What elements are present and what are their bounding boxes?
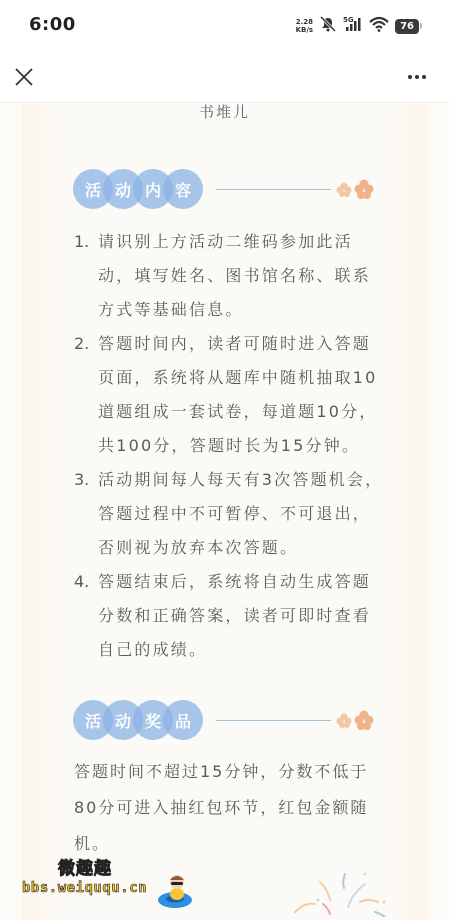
- prize-text: 答题时间不超过15分钟，分数不低于80分可进入抽红包环节，红包金额随机。: [74, 754, 384, 862]
- nav-bar: [0, 55, 449, 103]
- watermark-url: bbs.weiququ.cn: [22, 880, 147, 896]
- border-stripe: [409, 104, 427, 920]
- section-header-prize: 活 动 奖 品: [73, 700, 383, 740]
- watermark-title: 微趣趣: [58, 854, 112, 879]
- more-icon-dot: [408, 75, 412, 79]
- confetti-decoration: [290, 862, 400, 917]
- more-icon-dot: [422, 75, 426, 79]
- swim-ring-figure-icon: [155, 870, 195, 910]
- content-list: 1. 请识别上方活动二维码参加此活动，填写姓名、图书馆名称、联系方式等基础信息。…: [74, 225, 384, 667]
- status-icons: 2.28 KB/s 5G 76: [296, 16, 419, 36]
- divider-line: [216, 720, 331, 721]
- section-header-content: 活 动 内 容: [73, 169, 383, 209]
- list-item: 3. 活动期间每人每天有3次答题机会，答题过程中不可暂停、不可退出，否则视为放弃…: [74, 463, 384, 565]
- title-bubble: 品: [163, 700, 203, 740]
- mute-icon: [319, 16, 337, 36]
- svg-text:5G: 5G: [343, 16, 354, 24]
- list-item: 2. 答题时间内，读者可随时进入答题页面，系统将从题库中随机抽取10道题组成一套…: [74, 327, 384, 463]
- border-stripe: [40, 104, 56, 920]
- close-icon: [12, 65, 36, 89]
- title-bubble: 容: [163, 169, 203, 209]
- net-speed: 2.28 KB/s: [296, 18, 313, 34]
- border-stripe: [393, 104, 409, 920]
- flower-icon: [336, 710, 374, 736]
- flower-icon: [336, 179, 374, 205]
- divider-line: [216, 189, 331, 190]
- more-button[interactable]: [405, 69, 429, 85]
- signal-icon: 5G: [343, 16, 363, 36]
- list-item: 1. 请识别上方活动二维码参加此活动，填写姓名、图书馆名称、联系方式等基础信息。: [74, 225, 384, 327]
- battery-icon: 76: [395, 19, 419, 34]
- border-stripe: [22, 104, 40, 920]
- status-bar: 6:00 2.28 KB/s 5G 76: [0, 0, 449, 55]
- library-name: 书堆儿: [0, 101, 449, 122]
- status-time: 6:00: [29, 14, 76, 35]
- wifi-icon: [369, 16, 389, 36]
- list-item: 4. 答题结束后，系统将自动生成答题分数和正确答案，读者可即时查看自己的成绩。: [74, 565, 384, 667]
- close-button[interactable]: [12, 65, 36, 89]
- more-icon-dot: [415, 75, 419, 79]
